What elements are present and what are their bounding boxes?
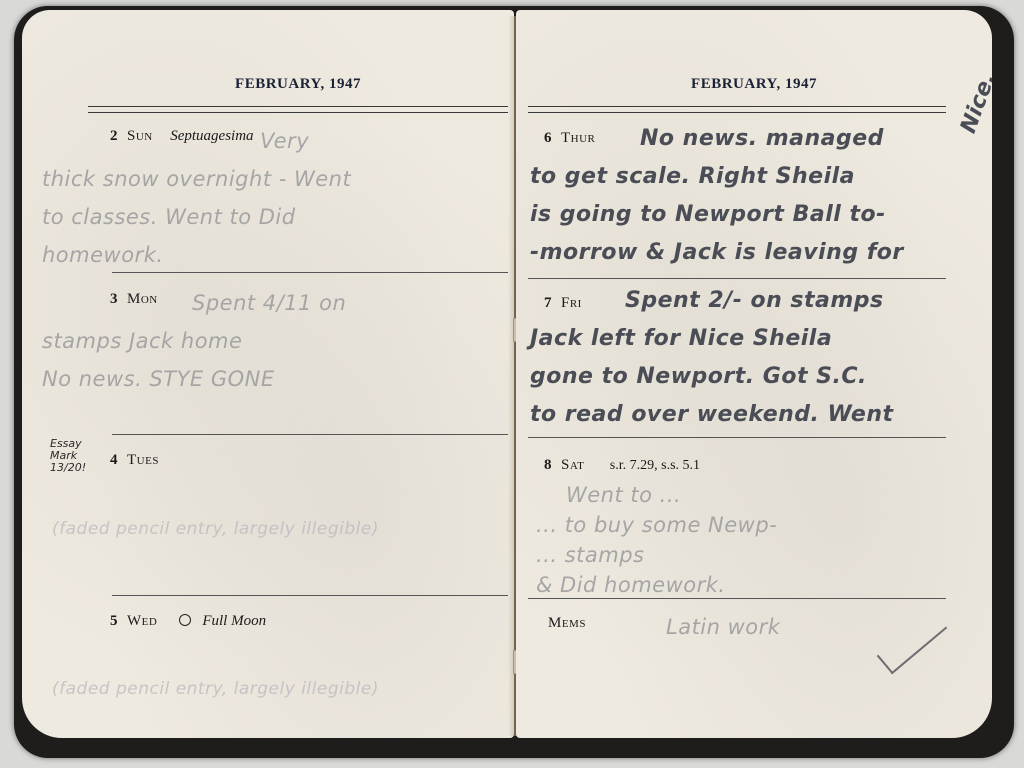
day-heading-sat: 8 Sat s.r. 7.29, s.s. 5.1 [544,457,700,474]
handwritten-entry-sat: Went to ... ... to buy some Newp- ... st… [536,480,976,600]
day-divider [528,598,946,599]
margin-note-essay-mark: Essay Mark 13/20! [50,438,86,474]
header-double-rule [528,106,946,113]
day-name: Tues [127,452,159,468]
month-header-left: FEBRUARY, 1947 [22,76,514,93]
handwritten-entry-mon: Spent 4/11 on stamps Jack home No news. … [42,284,512,398]
left-page: FEBRUARY, 1947 2 Sun Septuagesima Very t… [22,10,514,738]
faded-entry-text: (faded pencil entry, largely illegible) [52,679,379,699]
day-number: 4 [110,452,118,468]
day-name: Wed [127,613,157,629]
month-header-right: FEBRUARY, 1947 [516,76,992,93]
handwritten-entry-tues: (faded pencil entry, largely illegible) [52,490,502,542]
handwritten-entry-fri: Spent 2/- on stamps Jack left for Nice S… [530,282,970,434]
day-heading-wed: 5 Wed Full Moon [110,613,266,630]
day-name: Sat [561,457,584,473]
day-divider [528,278,946,279]
day-divider [112,434,508,435]
right-page: FEBRUARY, 1947 6 Thur No news. managed t… [516,10,992,738]
mems-label: Mems [548,615,586,631]
day-divider [528,437,946,438]
day-divider [112,272,508,273]
mems-heading: Mems [548,615,586,632]
day-number: 8 [544,457,552,473]
day-heading-tues: 4 Tues [110,452,159,469]
day-number: 5 [110,613,118,629]
full-moon-icon [179,614,191,626]
day-divider [112,595,508,596]
day-note: Full Moon [202,613,266,629]
handwritten-entry-sun: Very thick snow overnight - Went to clas… [42,122,512,274]
handwritten-mems: Latin work [666,608,916,646]
sunrise-sunset-times: s.r. 7.29, s.s. 5.1 [610,458,700,473]
handwritten-entry-thur: No news. managed to get scale. Right She… [530,120,960,272]
handwritten-entry-wed: (faded pencil entry, largely illegible) [52,650,502,702]
header-double-rule [88,106,508,113]
faded-entry-text: (faded pencil entry, largely illegible) [52,519,379,539]
